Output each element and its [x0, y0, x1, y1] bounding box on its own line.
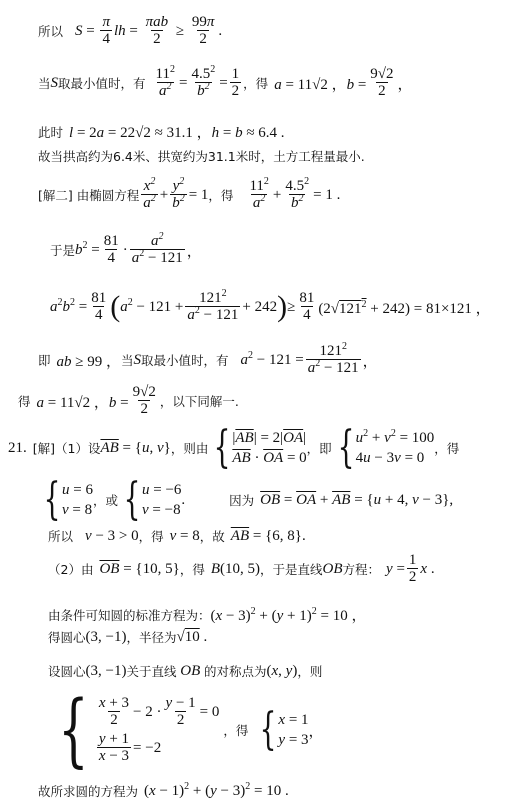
text: ，得: [434, 439, 459, 457]
math: l = 2a = 22√2 ≈ 31.1 ，h = b ≈ 6.4 .: [69, 121, 285, 142]
text: 当: [121, 351, 134, 369]
fraction: 814: [89, 290, 108, 324]
equation-system: { u2 + v2 = 1004u − 3v = 0: [332, 426, 435, 470]
problem-21-part-1: 21. [解]（1）设 AB = {u, v} ，则由 { |AB| = 2|O…: [8, 426, 459, 470]
line-inequality: a2b2 = 814 ( a2 − 121 + 1212a2 − 121 + 2…: [50, 290, 491, 324]
line-area-formula: 所以 S = π4 lh = πab2 ≥ 99π2 .: [38, 14, 222, 48]
text: [解二] 由椭圆方程: [38, 186, 139, 204]
text: 取最小值时，有: [141, 351, 229, 369]
text: ，得: [208, 186, 233, 204]
line-ab-result: 所以 v − 3 > 0 ，得 v = 8 ，故 AB = {6, 8}.: [48, 527, 306, 545]
line-center-radius: 得圆心 (3, −1) ，半径为 √10 .: [48, 628, 207, 646]
math: a = 11√2 ，b =: [37, 391, 129, 412]
fraction: 1212a2 − 121: [306, 343, 361, 377]
line-ab-ge-99: 即 ab ≥ 99 ， 当S取最小值时，有 a2 − 121 = 1212a2 …: [38, 343, 378, 377]
text: ，故: [200, 527, 225, 545]
line-symmetric-point: 设圆心 (3, −1) 关于直线 OB 的对称点为 (x, y) ，则: [48, 662, 322, 680]
text: 的对称点为: [204, 662, 267, 680]
text: ，或: [93, 491, 118, 509]
line-final-answer: 故所求圆的方程为 (x − 1)2 + (y − 3)2 = 10 .: [38, 782, 289, 800]
math: ≥: [172, 23, 188, 40]
math: =: [83, 23, 99, 40]
fraction: 12: [407, 552, 419, 586]
text: 即: [38, 351, 51, 369]
equation-system: { x + 32− 2 · y − 12= 0 y + 1x − 3= −2: [48, 690, 219, 770]
math: a2b2 =: [50, 299, 87, 316]
text: ，得: [180, 560, 205, 578]
math: .: [218, 23, 222, 40]
math: OB = OA + AB = {u + 4, v − 3},: [260, 492, 453, 509]
fraction: 112a2: [154, 66, 177, 100]
fraction: 112a2: [247, 178, 270, 212]
fraction: a2a2 − 121: [130, 233, 185, 267]
line-result: 此时 l = 2a = 22√2 ≈ 31.1 ，h = b ≈ 6.4 .: [38, 121, 285, 142]
math: b2 =: [75, 242, 100, 259]
text: ，半径为: [126, 628, 176, 646]
math: S: [75, 23, 83, 40]
text: 方程：: [343, 560, 381, 578]
math: (x − 1)2 + (y − 3)2 = 10 .: [144, 783, 289, 800]
text: 关于直线: [126, 662, 176, 680]
equation-system: { u = 6v = 8: [38, 478, 93, 522]
math: AB = {u, v}: [100, 440, 170, 457]
text: ，即: [307, 439, 332, 457]
fraction: 1212a2 − 121: [185, 290, 240, 324]
line-symmetry-system: { x + 32− 2 · y − 12= 0 y + 1x − 3= −2 ，…: [48, 690, 324, 770]
line-circle-equation: 由条件可知圆的标准方程为： (x − 3)2 + (y + 1)2 = 10 ，: [48, 604, 366, 625]
text: 当: [38, 74, 51, 92]
line-same-as-1: 得 a = 11√2 ，b = 9√22 ，以下同解一.: [18, 384, 239, 418]
text: 由条件可知圆的标准方程为：: [48, 606, 211, 624]
equation-system: { u = −6v = −8: [118, 478, 181, 522]
text: 故所求圆的方程为: [38, 782, 138, 800]
text: ，则: [297, 662, 322, 680]
equation-system: { x = 1y = 3: [254, 708, 308, 752]
text-suoyi: 所以: [38, 22, 63, 40]
line-b-squared: 于是 b2 = 814· a2a2 − 121，: [50, 233, 202, 267]
fraction: 4.52b2: [189, 66, 217, 100]
fraction: 4.52b2: [283, 178, 311, 212]
text: 取最小值时，有: [58, 74, 146, 92]
line-min-condition: 当S取最小值时，有 112a2= 4.52b2= 12 ，得 a = 11√2 …: [38, 66, 413, 100]
question-number: 21.: [8, 440, 27, 457]
text: ，于是直线: [260, 560, 323, 578]
text: 所以: [48, 527, 73, 545]
math: OB = {10, 5}: [99, 561, 179, 578]
fraction: x2a2: [141, 178, 158, 212]
fraction: 814: [102, 233, 121, 267]
fraction: 9√22: [131, 384, 158, 418]
text: （2）由: [48, 560, 93, 578]
text: 设圆心: [48, 662, 86, 680]
fraction: y2b2: [170, 178, 187, 212]
text: [解]: [33, 439, 55, 457]
text: ，得: [243, 74, 268, 92]
fraction-pi-4: π4: [100, 14, 112, 48]
text: 因为: [229, 491, 254, 509]
text: ，得: [139, 527, 164, 545]
fraction: 12: [230, 66, 242, 100]
text: ，则由: [171, 439, 209, 457]
fraction-pi-ab-2: πab2: [144, 14, 171, 48]
line-solutions-uv: { u = 6v = 8 ，或 { u = −6v = −8 . 因为 OB =…: [38, 478, 453, 522]
math: ab ≥ 99 ，: [57, 350, 121, 371]
text: ，以下同解一.: [160, 392, 239, 410]
fraction-99pi-2: 99π2: [190, 14, 217, 48]
text: ，得: [223, 721, 248, 739]
text: 此时: [38, 123, 63, 141]
text: 故当拱高约为6.4米、拱宽约为31.1米时，土方工程量最小.: [38, 147, 365, 165]
math: a = 11√2 ，b =: [274, 73, 366, 94]
equation-system: { |AB| = 2|OA|AB · OA = 0: [208, 426, 306, 470]
math: =: [126, 23, 142, 40]
fraction: 814: [297, 290, 316, 324]
fraction: 9√22: [368, 66, 395, 100]
text: 得: [18, 392, 31, 410]
math: (3, −1): [86, 629, 127, 646]
math: v − 3 > 0: [85, 528, 139, 545]
line-solution-2: [解二] 由椭圆方程 x2a2+ y2b2= 1 ，得 112a2+ 4.52b…: [38, 178, 340, 212]
text: 于是: [50, 241, 75, 259]
math: S: [51, 75, 59, 92]
math: (x − 3)2 + (y + 1)2 = 10 ，: [211, 604, 367, 625]
math: lh: [114, 23, 126, 40]
text: （1）设: [55, 439, 100, 457]
problem-21-part-2: （2）由 OB = {10, 5} ，得 B(10, 5) ，于是直线OB 方程…: [48, 552, 435, 586]
text: 得圆心: [48, 628, 86, 646]
line-conclusion: 故当拱高约为6.4米、拱宽约为31.1米时，土方工程量最小.: [38, 147, 365, 165]
